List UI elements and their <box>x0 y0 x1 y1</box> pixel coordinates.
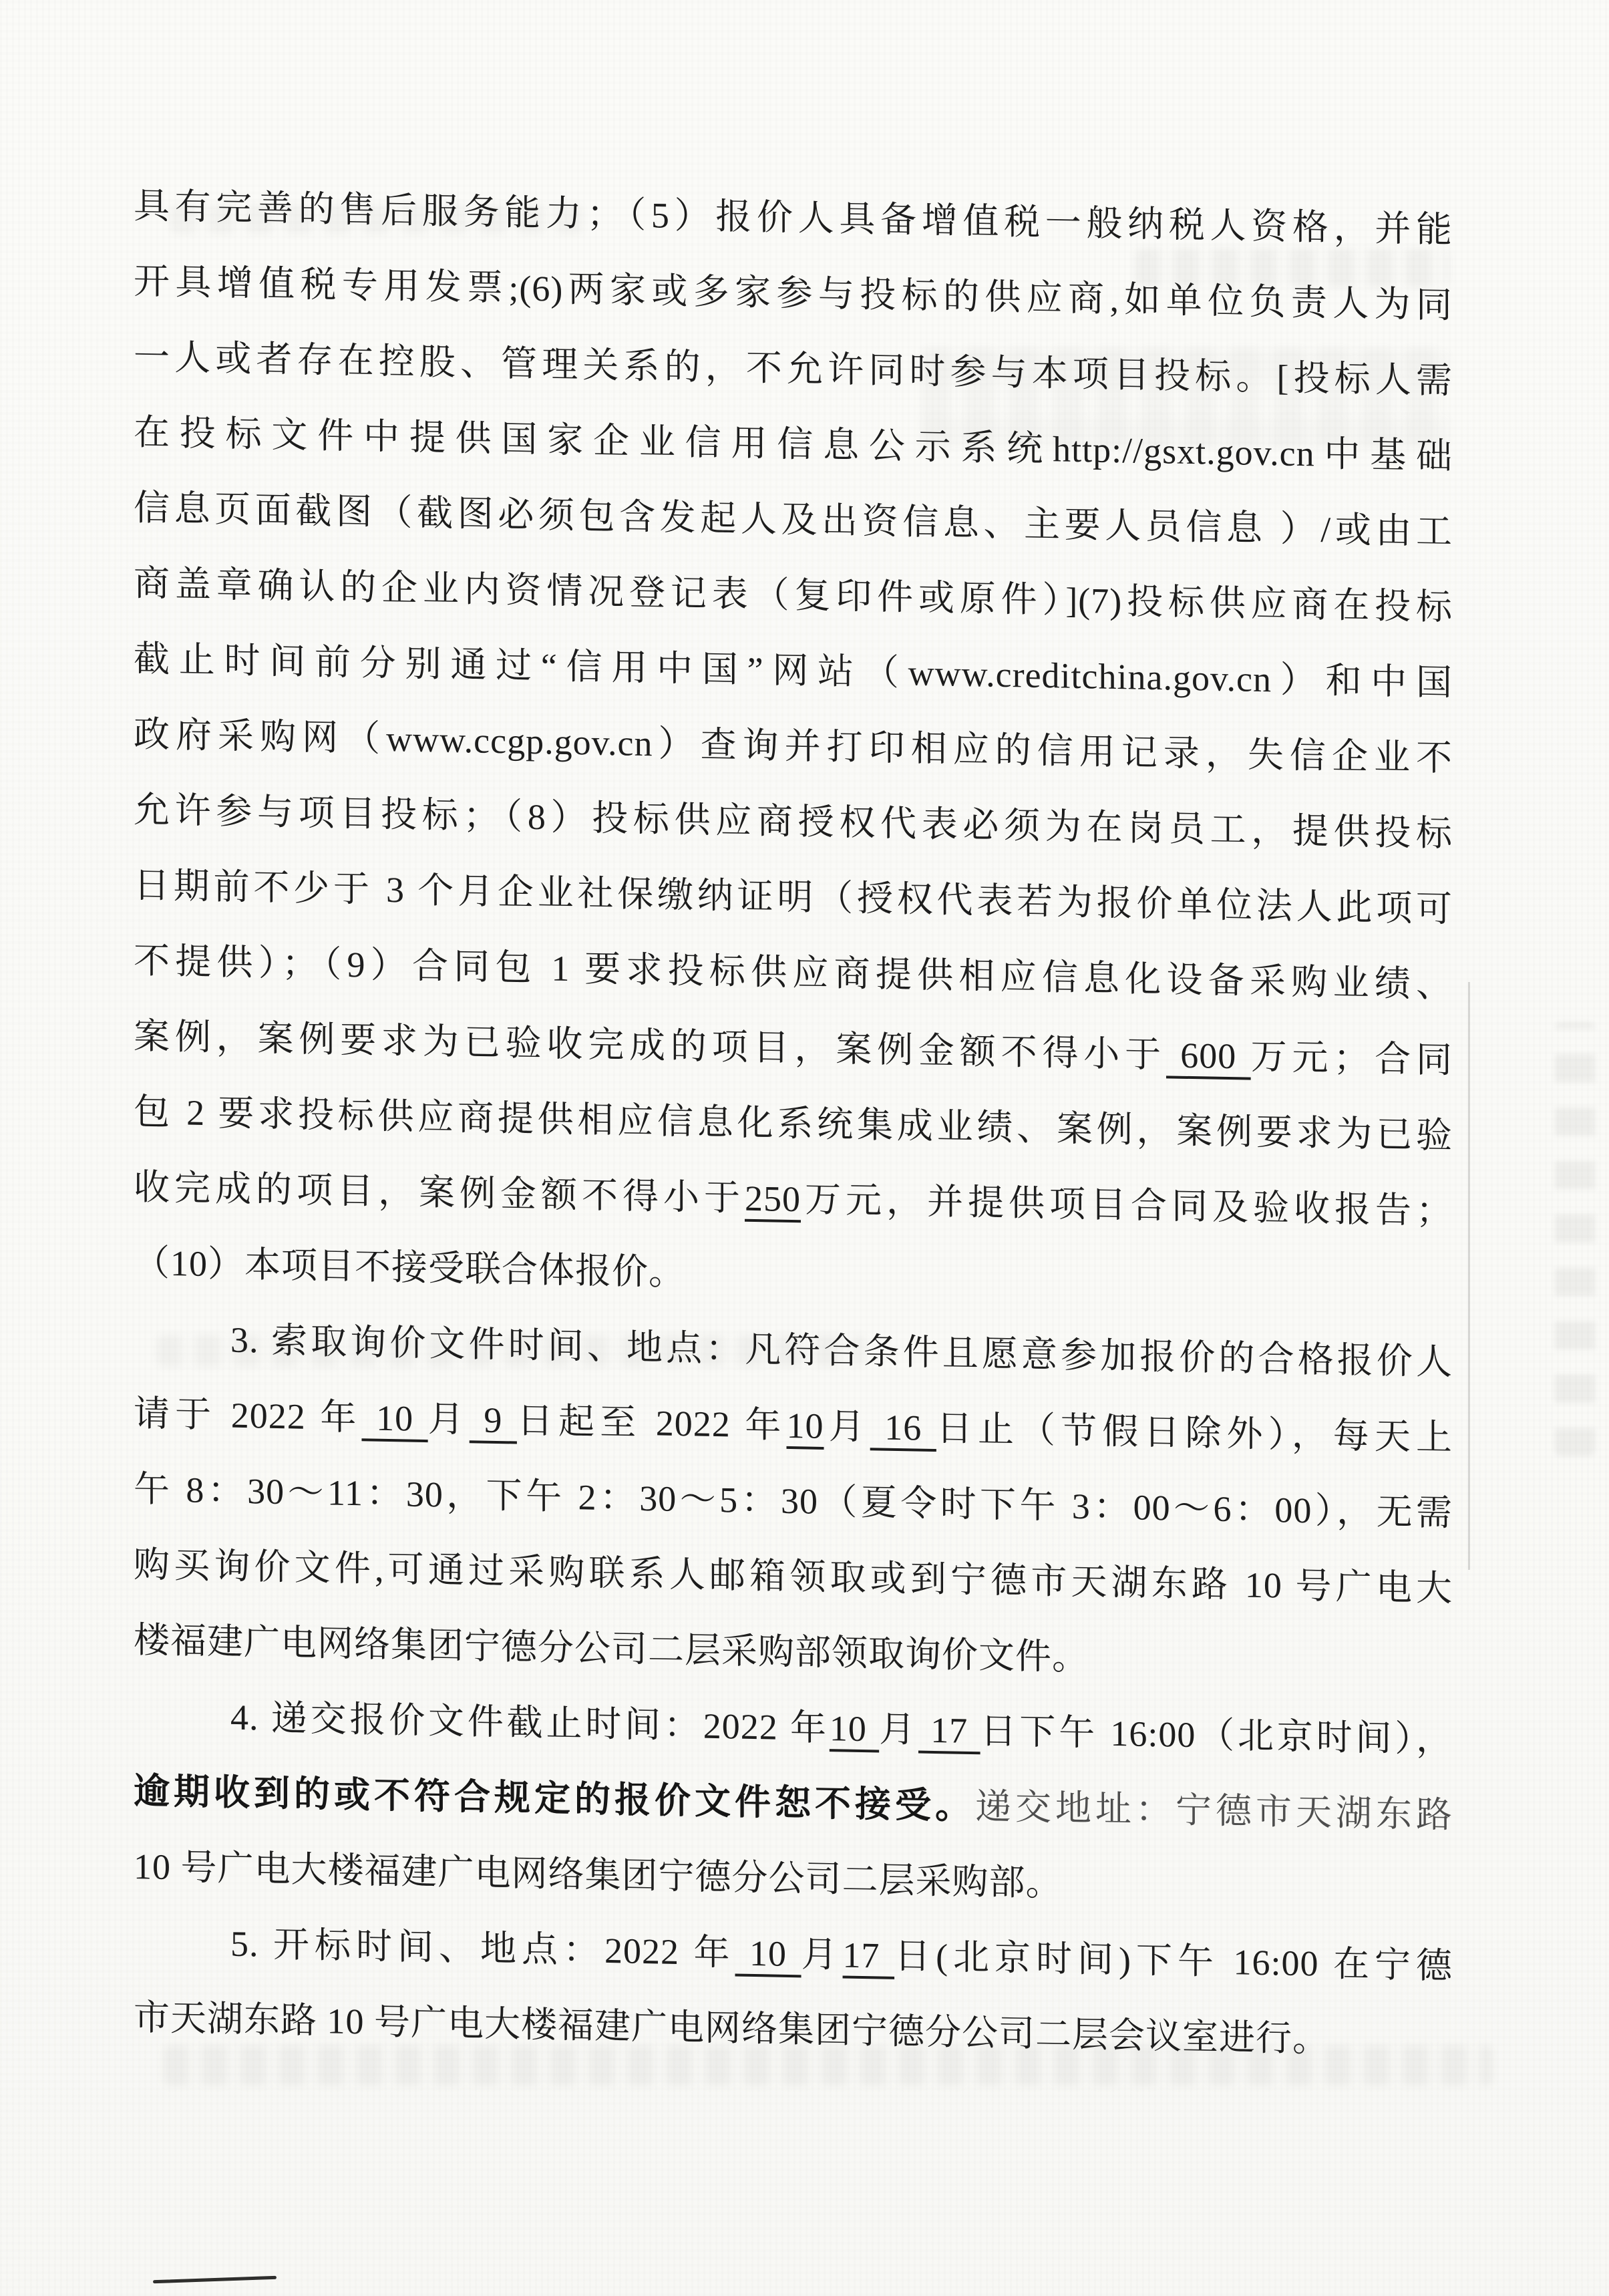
underlined-value: 250 <box>745 1178 801 1220</box>
text-segment: 截止时间前分别通过“信用中国”网站（www.creditchina.gov.cn… <box>134 639 1453 703</box>
underlined-value: 10 <box>830 1708 879 1749</box>
text-segment: 请于 2022 年 <box>134 1393 361 1438</box>
document-text-block: 具有完善的售后服务能力；（5）报价人具备增值税一般纳税人资格，并能开具增值税专用… <box>134 168 1453 2080</box>
underlined-value: 10 <box>787 1406 824 1446</box>
scan-artifact-line <box>153 2276 277 2283</box>
text-segment: 不提供）；（9）合同包 1 要求投标供应商提供相应信息化设备采购业绩、 <box>134 941 1453 1005</box>
text-segment: 月 <box>428 1399 470 1440</box>
text-segment: 3. 索取询价文件时间、地点：凡符合条件且愿意参加报价的合格报价人 <box>230 1320 1453 1383</box>
document-page: 具有完善的售后服务能力；（5）报价人具备增值税一般纳税人资格，并能开具增值税专用… <box>0 0 1609 2296</box>
text-segment: 在投标文件中提供国家企业信用信息公示系统http://gsxt.gov.cn中基… <box>134 412 1453 476</box>
text-segment: 政府采购网（www.ccgp.gov.cn）查询并打印相应的信用记录，失信企业不 <box>134 714 1453 778</box>
text-segment: 逾期收到的或不符合规定的报价文件恕不接受。 <box>134 1771 975 1826</box>
text-segment: 月 <box>801 1934 843 1975</box>
text-segment: 允许参与项目投标；（8）投标供应商授权代表必须为在岗员工，提供投标 <box>134 790 1453 854</box>
text-segment: 包 2 要求投标供应商提供相应信息化系统集成业绩、案例，案例要求为已验 <box>134 1092 1453 1156</box>
text-segment: 月 <box>824 1406 870 1447</box>
text-segment: 一人或者存在控股、管理关系的，不允许同时参与本项目投标。[投标人需 <box>134 337 1453 401</box>
text-segment: 收完成的项目，案例金额不得小于 <box>134 1167 745 1218</box>
text-segment: 日止（节假日除外），每天上 <box>936 1408 1453 1458</box>
text-segment: 10 号广电大楼福建广电网络集团宁德分公司二层采购部。 <box>134 1846 1063 1903</box>
text-segment: 商盖章确认的企业内资情况登记表（复印件或原件）](7)投标供应商在投标 <box>134 563 1453 627</box>
underlined-value: 17 <box>918 1710 980 1752</box>
underlined-value: 10 <box>735 1933 801 1975</box>
underlined-value: 17 <box>843 1935 895 1975</box>
text-segment: 5. 开标时间、地点：2022 年 <box>230 1924 735 1973</box>
text-segment: 日起至 2022 年 <box>517 1401 787 1446</box>
underlined-value: 9 <box>470 1400 517 1440</box>
text-segment: 开具增值税专用发票;(6)两家或多家参与投标的供应商,如单位负责人为同 <box>134 261 1453 325</box>
bleedthrough-table-line <box>1468 982 1470 1570</box>
text-segment: 4. 递交报价文件截止时间：2022 年 <box>230 1697 830 1748</box>
text-segment: 购买询价文件,可通过采购联系人邮箱领取或到宁德市天湖东路 10 号广电大 <box>134 1544 1453 1609</box>
text-segment: 信息页面截图（截图必须包含发起人及出资信息、主要人员信息 ）/或由工 <box>134 488 1453 552</box>
text-segment: 日(北京时间)下午 16:00 在宁德 <box>894 1936 1453 1986</box>
text-segment: 月 <box>879 1709 918 1750</box>
text-segment: 递交地址：宁德市天湖东路 <box>975 1786 1453 1835</box>
document-lines: 具有完善的售后服务能力；（5）报价人具备增值税一般纳税人资格，并能开具增值税专用… <box>134 168 1453 2080</box>
text-segment: 万元；合同 <box>1251 1037 1453 1081</box>
text-segment: （10）本项目不接受联合体报价。 <box>134 1243 685 1293</box>
text-segment: 万元，并提供项目合同及验收报告； <box>801 1179 1453 1231</box>
text-segment: 楼福建广电网络集团宁德分公司二层采购部领取询价文件。 <box>134 1620 1089 1677</box>
underlined-value: 600 <box>1166 1035 1251 1076</box>
underlined-value: 10 <box>361 1398 427 1439</box>
underlined-value: 16 <box>870 1407 936 1448</box>
text-segment: 日期前不少于 3 个月企业社保缴纳证明（授权代表若为报价单位法人此项可 <box>134 865 1453 929</box>
text-segment: 具有完善的售后服务能力；（5）报价人具备增值税一般纳税人资格，并能 <box>134 186 1453 250</box>
bleedthrough-ghost <box>1555 1022 1595 1456</box>
text-segment: 午 8：30～11：30，下午 2：30～5：30（夏令时下午 3：00～6：0… <box>134 1469 1453 1533</box>
text-segment: 日下午 16:00（北京时间）， <box>980 1711 1453 1760</box>
text-segment: 案例，案例要求为已验收完成的项目，案例金额不得小于 <box>134 1016 1166 1075</box>
text-segment: 市天湖东路 10 号广电大楼福建广电网络集团宁德分公司二层会议室进行。 <box>134 1997 1329 2060</box>
